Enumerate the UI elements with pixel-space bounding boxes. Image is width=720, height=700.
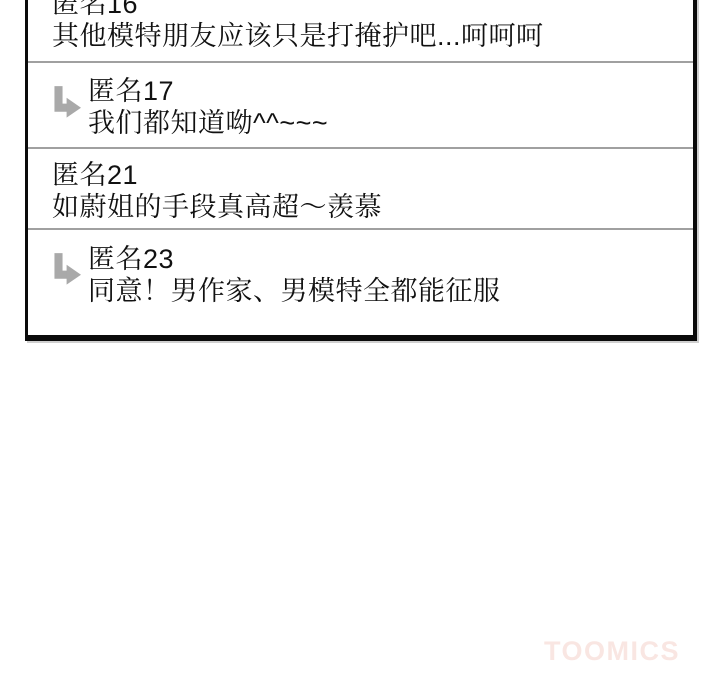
comic-frame: 匿名16 其他模特朋友应该只是打掩护吧...呵呵呵 匿名17 我们都知道呦^^~… — [0, 0, 720, 700]
reply-arrow-icon — [54, 85, 81, 125]
comment-text: 其他模特朋友应该只是打掩护吧...呵呵呵 — [52, 20, 675, 52]
comment-item-reply: 匿名17 我们都知道呦^^~~~ — [28, 63, 693, 147]
comment-item-reply: 匿名23 同意！男作家、男模特全都能征服 — [28, 230, 693, 335]
comment-author: 匿名21 — [52, 159, 675, 191]
comment-text: 如蔚姐的手段真高超～羡慕 — [52, 191, 675, 223]
comment-text: 同意！男作家、男模特全都能征服 — [88, 275, 675, 307]
comment-author: 匿名17 — [88, 75, 675, 107]
comment-board-panel: 匿名16 其他模特朋友应该只是打掩护吧...呵呵呵 匿名17 我们都知道呦^^~… — [25, 0, 697, 341]
comment-text: 我们都知道呦^^~~~ — [88, 107, 675, 139]
comment-author: 匿名23 — [88, 243, 675, 275]
reply-arrow-icon — [54, 252, 81, 292]
toomics-watermark: TOOMICS — [544, 636, 680, 667]
comment-item: 匿名16 其他模特朋友应该只是打掩护吧...呵呵呵 — [28, 0, 693, 61]
comment-item: 匿名21 如蔚姐的手段真高超～羡慕 — [28, 149, 693, 228]
comment-author: 匿名16 — [52, 0, 675, 20]
